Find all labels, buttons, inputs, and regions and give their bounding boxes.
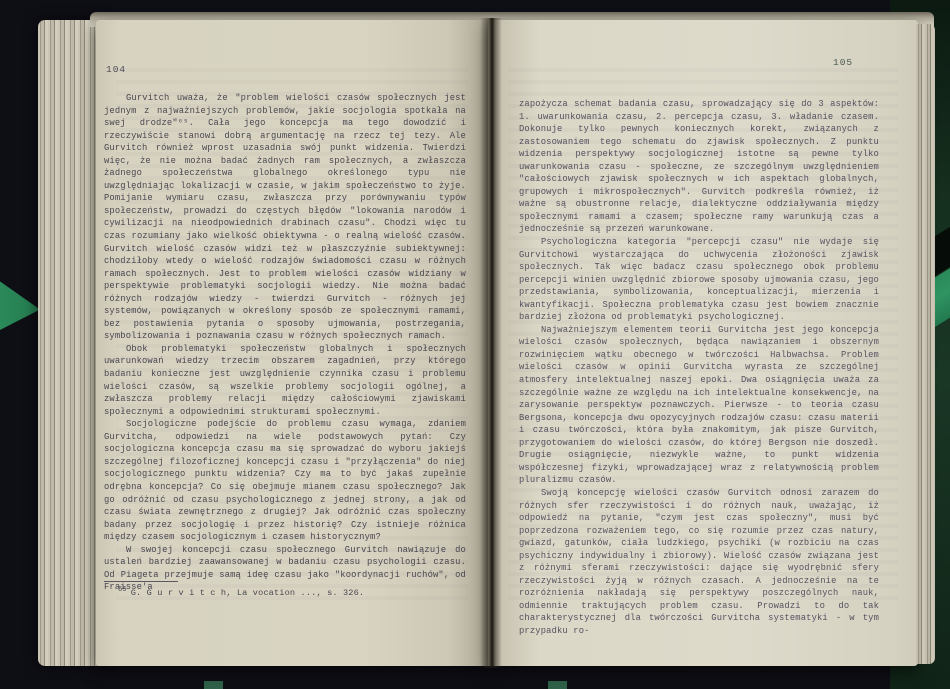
book-spine [480,18,502,668]
paragraph: Gurvitch uważa, że "problem wielości cza… [104,92,466,343]
footnote: 65G. G u r v i t c h, La vocation ..., s… [104,586,466,598]
right-page-text: zapożycza schemat badania czasu, sprowad… [519,98,879,638]
background-green-wedge [0,276,40,330]
left-page-text: Gurvitch uważa, że "problem wielości cza… [104,92,466,594]
footnote-rule [104,581,178,582]
footnote-marker: 65 [118,586,127,594]
left-page-edges [38,20,102,666]
paragraph: zapożycza schemat badania czasu, sprowad… [519,98,879,236]
book-spread: 104 105 Gurvitch uważa, że "problem wiel… [38,12,937,672]
paragraph: Obok problematyki społeczeństw globalnyc… [104,343,466,418]
paragraph: Swoją koncepcję wielości czasów Gurvitch… [519,487,879,638]
footnote-text: G. G u r v i t c h, La vocation ..., s. … [131,588,365,598]
paragraph: Najważniejszym elementem teorii Gurvitch… [519,324,879,487]
right-page-edges [916,24,935,664]
paragraph: Psychologiczna kategoria "percepcji czas… [519,236,879,324]
background-green-mark [548,681,567,689]
page-number-left: 104 [106,64,126,75]
page-number-right: 105 [833,57,853,68]
paragraph: Socjologiczne podejście do problemu czas… [104,418,466,543]
background-green-mark [204,681,223,689]
